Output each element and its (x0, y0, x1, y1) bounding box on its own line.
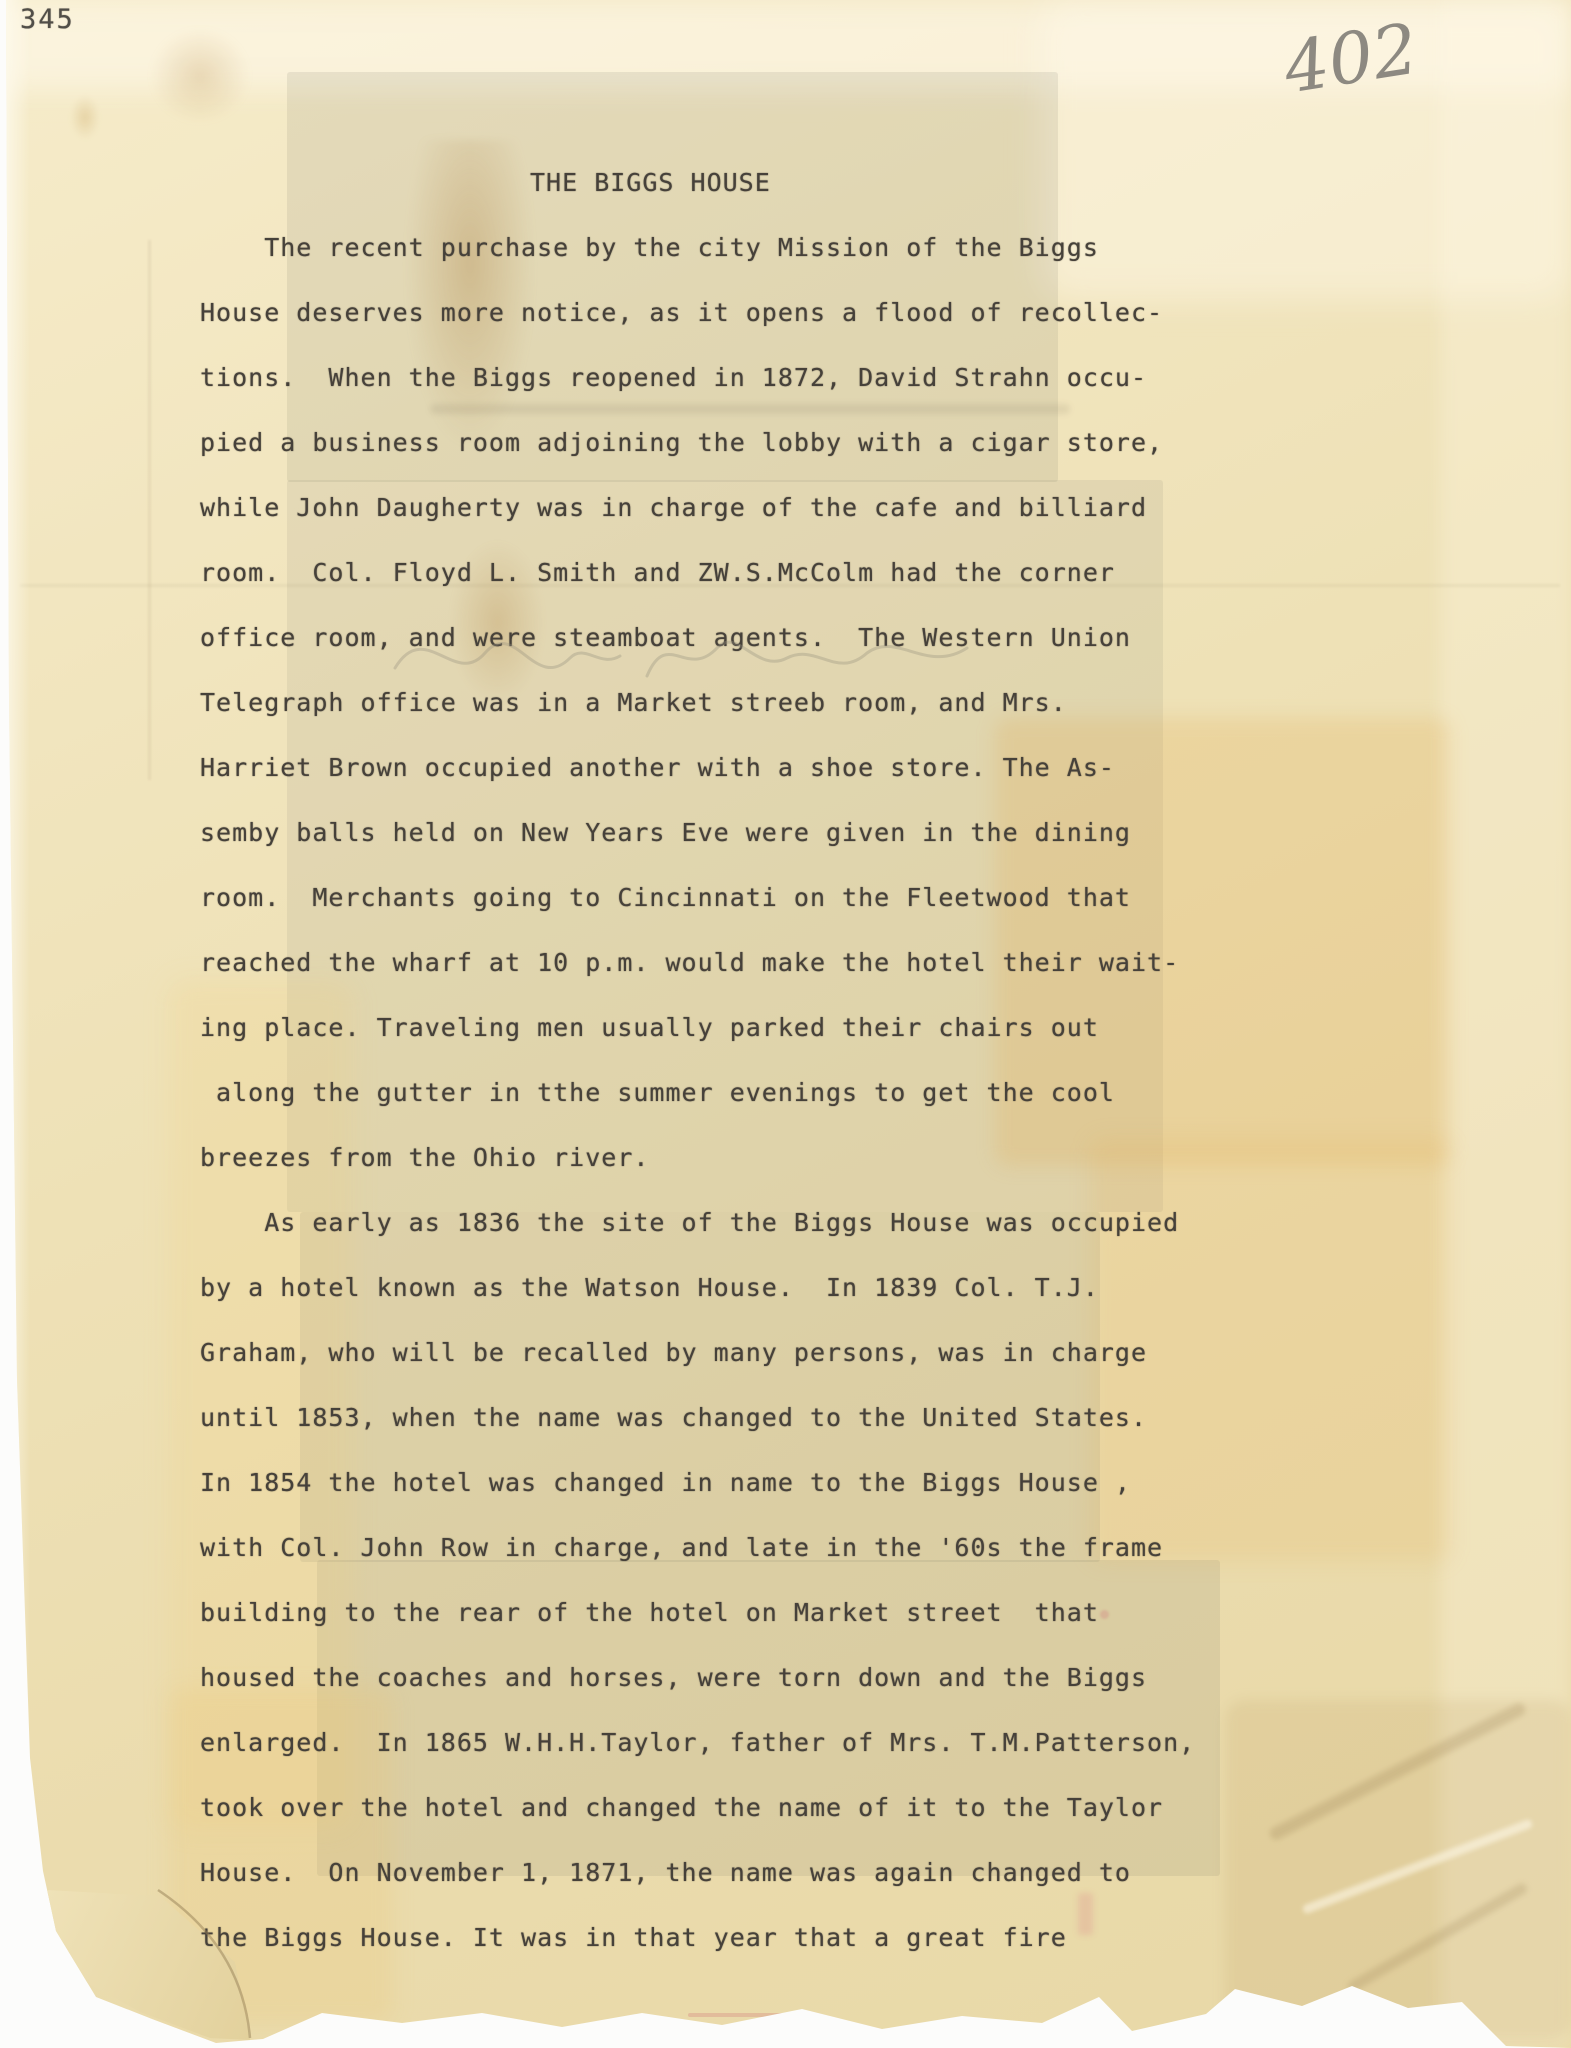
text-line: As early as 1836 the site of the Biggs H… (200, 1190, 1195, 1255)
fold-crease-line (40, 1878, 270, 2048)
text-line: room. Merchants going to Cincinnati on t… (200, 865, 1195, 930)
text-line: The recent purchase by the city Mission … (200, 215, 1195, 280)
text-line: ing place. Traveling men usually parked … (200, 995, 1195, 1060)
text-line: building to the rear of the hotel on Mar… (200, 1580, 1195, 1645)
svg-text:402: 402 (1277, 8, 1423, 110)
red-mark (688, 2013, 818, 2017)
paper-left-edge (0, 0, 30, 2048)
text-line: along the gutter in tthe summer evenings… (200, 1060, 1195, 1125)
text-line: In 1854 the hotel was changed in name to… (200, 1450, 1195, 1515)
typewritten-lines: The recent purchase by the city Mission … (200, 215, 1195, 1970)
text-line: Harriet Brown occupied another with a sh… (200, 735, 1195, 800)
text-line: House. On November 1, 1871, the name was… (200, 1840, 1195, 1905)
document-title: THE BIGGS HOUSE (200, 150, 1195, 215)
water-stain (70, 95, 100, 140)
pencil-scribble (385, 598, 1005, 708)
text-line: pied a business room adjoining the lobby… (200, 410, 1195, 475)
page-number-typed: 345 (20, 4, 75, 35)
paper-sheet: 345 THE BIGGS HOUSE The recent purchase … (0, 0, 1571, 2048)
crease-line (148, 240, 151, 780)
text-line: room. Col. Floyd L. Smith and ZW.S.McCol… (200, 540, 1195, 605)
text-line: with Col. John Row in charge, and late i… (200, 1515, 1195, 1580)
text-line: tions. When the Biggs reopened in 1872, … (200, 345, 1195, 410)
text-line: reached the wharf at 10 p.m. would make … (200, 930, 1195, 995)
typewritten-text: THE BIGGS HOUSE The recent purchase by t… (200, 150, 1195, 1970)
text-line: semby balls held on New Years Eve were g… (200, 800, 1195, 865)
text-line: House deserves more notice, as it opens … (200, 280, 1195, 345)
scanned-document-page: 345 THE BIGGS HOUSE The recent purchase … (0, 0, 1571, 2048)
text-line: the Biggs House. It was in that year tha… (200, 1905, 1195, 1970)
text-line: breezes from the Ohio river. (200, 1125, 1195, 1190)
text-line: while John Daugherty was in charge of th… (200, 475, 1195, 540)
text-line: Graham, who will be recalled by many per… (200, 1320, 1195, 1385)
text-line: until 1853, when the name was changed to… (200, 1385, 1195, 1450)
text-line: housed the coaches and horses, were torn… (200, 1645, 1195, 1710)
water-stain (150, 28, 250, 123)
text-line: by a hotel known as the Watson House. In… (200, 1255, 1195, 1320)
text-line: took over the hotel and changed the name… (200, 1775, 1195, 1840)
text-line: enlarged. In 1865 W.H.H.Taylor, father o… (200, 1710, 1195, 1775)
page-number-handwritten: 402 (1262, 2, 1472, 112)
